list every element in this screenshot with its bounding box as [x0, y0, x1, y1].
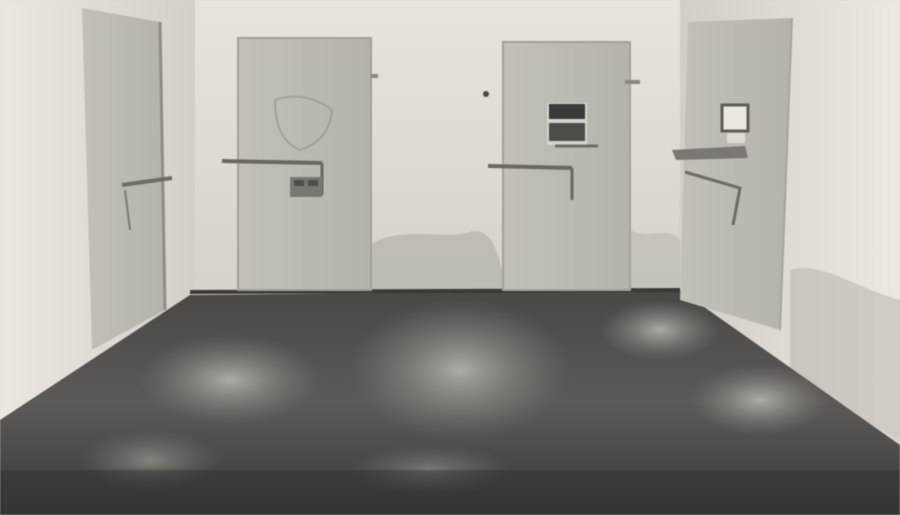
damp-stain [370, 231, 505, 292]
photo-canvas [0, 0, 900, 515]
bolt-bar [222, 161, 322, 163]
bolt-bar [488, 166, 572, 168]
floor-patch [350, 300, 570, 440]
photo-scene: Sepia-toned photograph of an empty cell … [0, 0, 900, 515]
center-right-cell-door [483, 42, 640, 290]
floor-patch [140, 335, 320, 425]
floor-foreground-shadow [0, 470, 900, 515]
center-left-cell-door [222, 38, 378, 290]
wall-hole [483, 91, 489, 97]
left-cell-door [82, 8, 172, 350]
open-hatch [722, 105, 748, 131]
right-cell-door [672, 18, 792, 330]
floor-patch [690, 365, 830, 435]
damp-stain-right [630, 230, 680, 290]
floor-patch [600, 300, 720, 360]
